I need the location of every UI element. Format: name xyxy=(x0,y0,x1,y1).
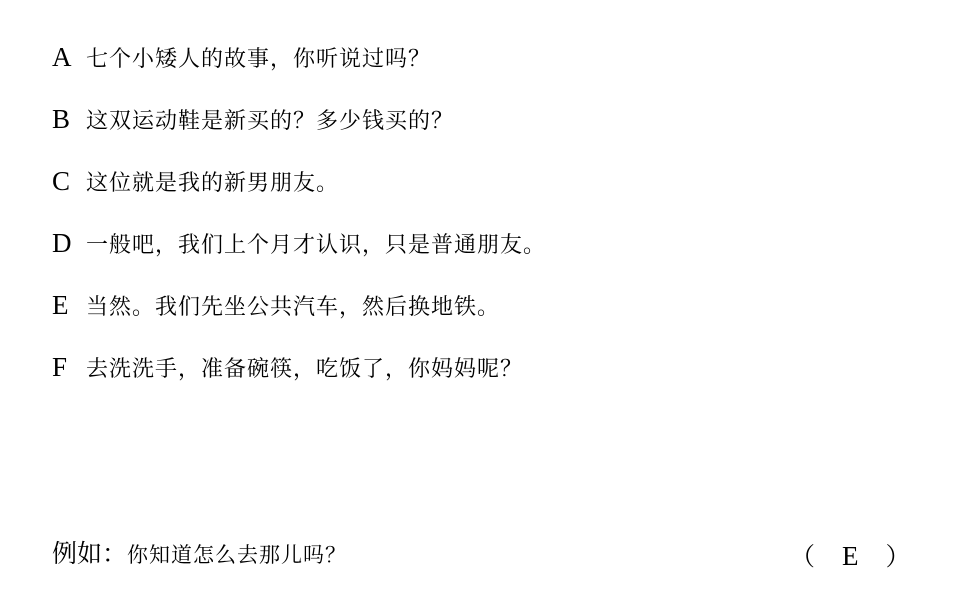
option-text-f: 去洗洗手，准备碗筷，吃饭了，你妈妈呢？ xyxy=(86,352,523,383)
option-row-e: E 当然。我们先坐公共汽车，然后换地铁。 xyxy=(52,290,546,320)
exam-page: A 七个小矮人的故事，你听说过吗？ B 这双运动鞋是新买的？多少钱买的？ C 这… xyxy=(0,0,979,604)
option-letter-a: A xyxy=(52,42,86,73)
option-text-b: 这双运动鞋是新买的？多少钱买的？ xyxy=(86,104,454,135)
option-text-d: 一般吧，我们上个月才认识，只是普通朋友。 xyxy=(86,228,546,259)
example-question: 你知道怎么去那儿吗？ xyxy=(127,543,347,567)
option-text-a: 七个小矮人的故事，你听说过吗？ xyxy=(86,42,431,73)
option-row-f: F 去洗洗手，准备碗筷，吃饭了，你妈妈呢？ xyxy=(52,352,546,382)
option-letter-d: D xyxy=(52,228,86,259)
option-letter-e: E xyxy=(52,290,86,321)
option-row-d: D 一般吧，我们上个月才认识，只是普通朋友。 xyxy=(52,228,546,258)
example-answer-group: （ E ） xyxy=(790,537,911,573)
example-answer-letter: E xyxy=(842,541,859,572)
option-letter-c: C xyxy=(52,166,86,197)
matching-options-list: A 七个小矮人的故事，你听说过吗？ B 这双运动鞋是新买的？多少钱买的？ C 这… xyxy=(52,42,546,414)
close-paren: ） xyxy=(886,537,911,573)
option-row-c: C 这位就是我的新男朋友。 xyxy=(52,166,546,196)
option-letter-b: B xyxy=(52,104,86,135)
option-text-c: 这位就是我的新男朋友。 xyxy=(86,166,339,197)
open-paren: （ xyxy=(790,537,815,573)
option-letter-f: F xyxy=(52,352,86,383)
option-row-a: A 七个小矮人的故事，你听说过吗？ xyxy=(52,42,546,72)
option-row-b: B 这双运动鞋是新买的？多少钱买的？ xyxy=(52,104,546,134)
option-text-e: 当然。我们先坐公共汽车，然后换地铁。 xyxy=(86,290,500,321)
example-line: 例如：你知道怎么去那儿吗？ xyxy=(52,534,347,570)
example-label: 例如： xyxy=(52,541,127,568)
